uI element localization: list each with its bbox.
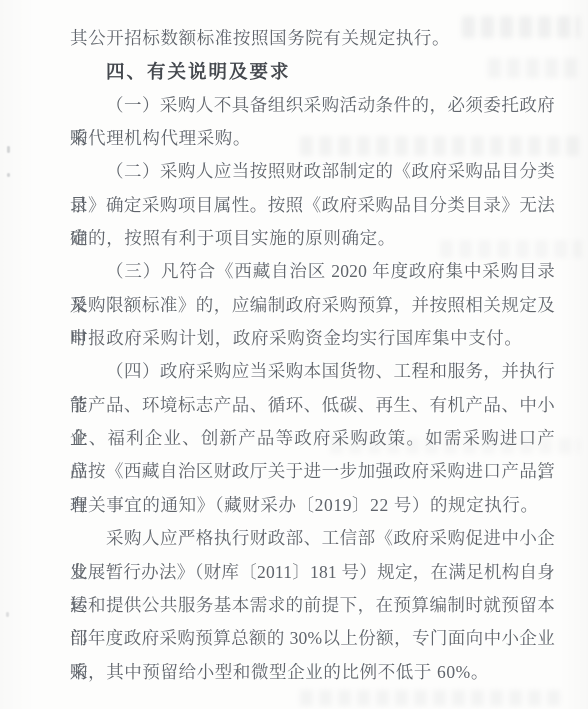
scan-speck [7,173,10,177]
text-line: 能产品、环境标志产品、循环、低碳、再生、有机产品、中小企 [70,389,555,422]
text-line: 购，其中预留给小型和微型企业的比例不低于 60%。 [70,656,555,689]
scanned-page: 其公开招标数额标准按照国务院有关规定执行。四、有关说明及要求（一）采购人不具备组… [0,0,588,709]
text-line: 购代理机构代理采购。 [70,122,555,155]
document-body: 其公开招标数额标准按照国务院有关规定执行。四、有关说明及要求（一）采购人不具备组… [70,22,555,689]
text-line: 其公开招标数额标准按照国务院有关规定执行。 [70,22,555,55]
text-line: 应按《西藏自治区财政厅关于进一步加强政府采购进口产品管理 [70,455,555,488]
text-line: 申报政府采购计划，政府采购资金均实行国库集中支付。 [70,322,555,355]
text-line: （三）凡符合《西藏自治区 2020 年度政府集中采购目录及 [70,255,555,288]
text-line: （二）采购人应当按照财政部制定的《政府采购品目分类目 [70,155,555,188]
text-line: 定的，按照有利于项目实施的原则确定。 [70,222,555,255]
text-line: 采购限额标准》的，应编制政府采购预算，并按照相关规定及时 [70,289,555,322]
text-line: （一）采购人不具备组织采购活动条件的，必须委托政府采 [70,89,555,122]
text-line: （四）政府采购应当采购本国货物、工程和服务，并执行节 [70,355,555,388]
scan-speck [7,146,10,153]
text-line: 录》确定采购项目属性。按照《政府采购品目分类目录》无法确 [70,189,555,222]
text-line: 业、福利企业、创新产品等政府采购政策。如需采购进口产品， [70,422,555,455]
text-line: 有关事宜的通知》（藏财采办〔2019〕22 号）的规定执行。 [70,489,555,522]
scan-speck [6,612,9,617]
bleed-through-artifact [300,690,562,706]
text-line: 发展暂行办法》（财库〔2011〕181 号）规定，在满足机构自身运 [70,556,555,589]
text-line: 门年度政府采购预算总额的 30%以上份额，专门面向中小企业采 [70,622,555,655]
text-line: 采购人应严格执行财政部、工信部《政府采购促进中小企业 [70,522,555,555]
text-line: 转和提供公共服务基本需求的前提下，在预算编制时就预留本部 [70,589,555,622]
section-heading: 四、有关说明及要求 [70,55,555,88]
